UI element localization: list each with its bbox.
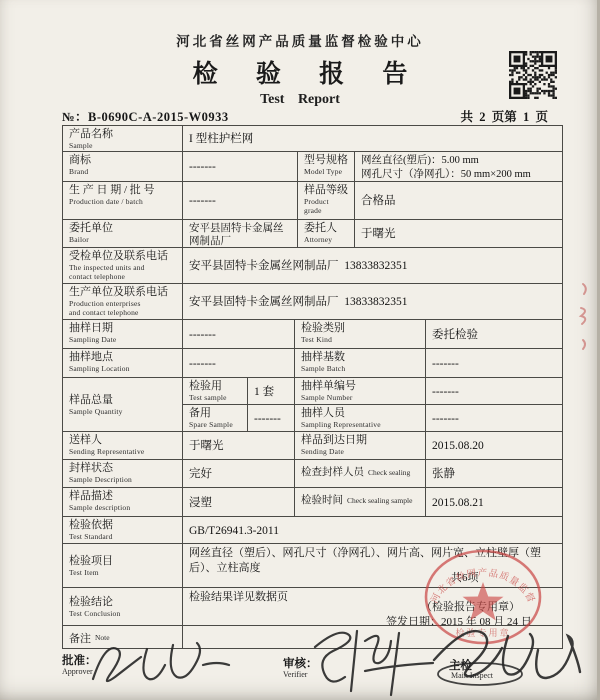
field-checkperson-label: 检查封样人员 Check sealing sample personnel bbox=[295, 460, 426, 487]
field-grade-label-cn: 样品等级 bbox=[304, 184, 349, 197]
page-indicator: 共 2 页第 1 页 bbox=[460, 107, 548, 125]
field-grade-label-en2: grade bbox=[304, 206, 349, 215]
field-proddate-label: 生 产 日 期 / 批 号 Production date / batch bbox=[63, 182, 183, 219]
field-sampdesc-value: 浸塑 bbox=[183, 488, 295, 516]
field-sampdate-label-en: Sampling Date bbox=[69, 335, 177, 344]
field-sampnum-label-en: Sample Number bbox=[301, 393, 420, 402]
field-brand-label: 商标 Brand bbox=[63, 152, 183, 181]
field-sampbatch-value: ------- bbox=[426, 349, 562, 377]
field-producer-label: 生产单位及联系电话 Production enterprises and con… bbox=[63, 284, 183, 319]
report-number: №：B-0690C-A-2015-W0933 bbox=[62, 107, 229, 125]
field-attorney-value: 于曙光 bbox=[355, 220, 562, 247]
field-conclusion-label: 检验结论 Test Conclusion bbox=[63, 588, 183, 625]
field-sampdesc-label-cn: 样品描述 bbox=[69, 490, 177, 503]
field-bailor-value: 安平县固特卡金属丝网制品厂 bbox=[183, 220, 298, 247]
field-sealstate-label: 封样状态 Sample Description bbox=[63, 460, 183, 487]
row-sender-arrival: 送样人 Sending Representative 于曙光 样品到达日期 Se… bbox=[63, 432, 562, 460]
field-sender-label-en: Sending Representative bbox=[69, 447, 177, 456]
field-sender-value: 于曙光 bbox=[183, 432, 295, 459]
field-model-value: 网丝直径(塑后)：5.00 mm 网孔尺寸（净网孔）：50 mm×200 mm bbox=[355, 152, 562, 181]
field-arrival-label-en: Sending Date bbox=[301, 447, 420, 456]
field-note-label: 备注 Note bbox=[63, 626, 183, 648]
field-samploc-value: ------- bbox=[183, 349, 295, 377]
field-sealstate-value: 完好 bbox=[183, 460, 295, 487]
field-sealstate-label-en: Sample Description bbox=[69, 475, 177, 484]
verifier-label-cn: 审核： bbox=[283, 655, 318, 671]
field-producer-value: 安平县固特卡金属丝网制品厂 13833832351 bbox=[183, 284, 562, 319]
field-producer-label-en: Production enterprises bbox=[69, 299, 177, 308]
field-testsample-label-en: Test sample bbox=[189, 393, 242, 402]
field-testtime-value: 2015.08.21 bbox=[426, 488, 562, 516]
field-note-label-cn: 备注 bbox=[69, 630, 91, 646]
field-samprep-label-cn: 抽样人员 bbox=[301, 407, 420, 420]
field-testtime-label: 检验时间 Check sealing sample time bbox=[295, 488, 426, 516]
field-testitem-label-en: Test Item bbox=[69, 568, 177, 577]
field-sealstate-label-cn: 封样状态 bbox=[69, 462, 177, 475]
row-producer: 生产单位及联系电话 Production enterprises and con… bbox=[63, 284, 562, 320]
field-testsample-value: 1 套 bbox=[248, 378, 295, 404]
field-model-label: 型号规格 Model Type bbox=[298, 152, 355, 181]
field-sampdesc-label-en: Sample description bbox=[69, 503, 177, 512]
field-brand-label-en: Brand bbox=[69, 167, 177, 176]
field-testkind-label: 检验类别 Test Kind bbox=[295, 320, 426, 348]
field-sample-label-en: Sample bbox=[69, 141, 177, 150]
field-sampnum-label: 抽样单编号 Sample Number bbox=[295, 378, 426, 404]
field-model-label-cn: 型号规格 bbox=[304, 154, 349, 167]
field-samploc-label: 抽样地点 Sampling Location bbox=[63, 349, 183, 377]
field-brand-label-cn: 商标 bbox=[69, 154, 177, 167]
field-sparesample-value: ------- bbox=[248, 405, 295, 431]
row-sampdate-kind: 抽样日期 Sampling Date ------- 检验类别 Test Kin… bbox=[63, 320, 562, 349]
field-note-label-en: Note bbox=[95, 633, 110, 642]
field-inspected-label: 受检单位及联系电话 The inspected units and contac… bbox=[63, 248, 183, 283]
row-inspected: 受检单位及联系电话 The inspected units and contac… bbox=[63, 248, 562, 284]
field-testsample-label: 检验用 Test sample bbox=[183, 378, 248, 404]
field-testkind-value: 委托检验 bbox=[426, 320, 562, 348]
field-quantity-label-en: Sample Quantity bbox=[69, 407, 177, 416]
field-sample-label: 产品名称 Sample bbox=[63, 126, 183, 151]
field-producer-label-cn: 生产单位及联系电话 bbox=[69, 286, 177, 299]
field-sparesample-label: 备用 Spare Sample bbox=[183, 405, 248, 431]
row-proddate-grade: 生 产 日 期 / 批 号 Production date / batch --… bbox=[63, 182, 562, 220]
subrow-sparesample: 备用 Spare Sample ------- 抽样人员 Sampling Re… bbox=[183, 405, 562, 431]
field-samprep-label: 抽样人员 Sampling Representative bbox=[295, 405, 426, 431]
field-quantity-label-cn: 样品总量 bbox=[69, 394, 177, 407]
field-sampnum-label-cn: 抽样单编号 bbox=[301, 380, 420, 393]
row-bailor-attorney: 委托单位 Bailor 安平县固特卡金属丝网制品厂 委托人 Attorney 于… bbox=[63, 220, 562, 248]
field-grade-label-en: Product bbox=[304, 197, 349, 206]
field-proddate-label-en: Production date / batch bbox=[69, 197, 177, 206]
field-sampbatch-label-cn: 抽样基数 bbox=[301, 351, 420, 364]
field-samploc-label-en: Sampling Location bbox=[69, 364, 177, 373]
field-sender-label-cn: 送样人 bbox=[69, 434, 177, 447]
row-brand-model: 商标 Brand ------- 型号规格 Model Type 网丝直径(塑后… bbox=[63, 152, 562, 182]
field-testkind-label-en: Test Kind bbox=[301, 335, 420, 344]
row-sampdesc-testtime: 样品描述 Sample description 浸塑 检验时间 Check se… bbox=[63, 488, 562, 517]
field-conclusion-label-en: Test Conclusion bbox=[69, 609, 177, 618]
field-standard-value: GB/T26941.3-2011 bbox=[183, 517, 562, 543]
approver-label-cn: 批准： bbox=[62, 652, 97, 668]
field-checkperson-value: 张静 bbox=[426, 460, 562, 487]
row-sealstate-checkperson: 封样状态 Sample Description 完好 检查封样人员 Check … bbox=[63, 460, 562, 488]
field-inspected-label-cn: 受检单位及联系电话 bbox=[69, 250, 177, 263]
field-grade-label: 样品等级 Product grade bbox=[298, 182, 355, 219]
field-arrival-label: 样品到达日期 Sending Date bbox=[295, 432, 426, 459]
main-inspector-label-en: Main Inspect bbox=[451, 671, 493, 680]
field-attorney-label-cn: 委托人 bbox=[304, 222, 349, 235]
row-samploc-batch: 抽样地点 Sampling Location ------- 抽样基数 Samp… bbox=[63, 349, 562, 378]
field-samploc-label-cn: 抽样地点 bbox=[69, 351, 177, 364]
field-conclusion-label-cn: 检验结论 bbox=[69, 596, 177, 609]
subrow-testsample: 检验用 Test sample 1 套 抽样单编号 Sample Number … bbox=[183, 378, 562, 405]
model-spec-line1: 网丝直径(塑后)：5.00 mm bbox=[361, 154, 557, 168]
row-standard: 检验依据 Test Standard GB/T26941.3-2011 bbox=[63, 517, 562, 544]
field-sampdate-value: ------- bbox=[183, 320, 295, 348]
seal-star-icon bbox=[463, 582, 504, 621]
quantity-subtable: 检验用 Test sample 1 套 抽样单编号 Sample Number … bbox=[183, 378, 562, 431]
field-sampbatch-label: 抽样基数 Sample Batch bbox=[295, 349, 426, 377]
field-sampdate-label-cn: 抽样日期 bbox=[69, 322, 177, 335]
field-samprep-label-en: Sampling Representative bbox=[301, 420, 420, 429]
margin-stamp-marks bbox=[577, 280, 593, 375]
field-testitem-label: 检验项目 Test Item bbox=[63, 544, 183, 587]
field-bailor-label-cn: 委托单位 bbox=[69, 222, 177, 235]
field-standard-label-cn: 检验依据 bbox=[69, 519, 177, 532]
field-inspected-value: 安平县固特卡金属丝网制品厂 13833832351 bbox=[183, 248, 562, 283]
field-inspected-label-en: The inspected units and bbox=[69, 263, 177, 272]
field-grade-value: 合格品 bbox=[355, 182, 562, 219]
field-testsample-label-cn: 检验用 bbox=[189, 380, 242, 393]
field-model-label-en: Model Type bbox=[304, 167, 349, 176]
report-page: 河北省丝网产品质量监督检验中心 检 验 报 告 Test Report №：B-… bbox=[0, 0, 600, 700]
field-sparesample-label-en: Spare Sample bbox=[189, 420, 242, 429]
field-arrival-value: 2015.08.20 bbox=[426, 432, 562, 459]
field-sparesample-label-cn: 备用 bbox=[189, 407, 242, 420]
seal-bottom-text: 检验专用章 bbox=[455, 627, 510, 638]
field-sampdate-label: 抽样日期 Sampling Date bbox=[63, 320, 183, 348]
field-attorney-label: 委托人 Attorney bbox=[298, 220, 355, 247]
field-brand-value: ------- bbox=[183, 152, 298, 181]
field-bailor-label: 委托单位 Bailor bbox=[63, 220, 183, 247]
model-spec-line2: 网孔尺寸（净网孔）：50 mm×200 mm bbox=[361, 168, 557, 181]
field-testitem-label-cn: 检验项目 bbox=[69, 555, 177, 568]
field-samprep-value: ------- bbox=[426, 405, 562, 431]
field-checkperson-label-cn: 检查封样人员 bbox=[301, 467, 364, 478]
row-quantity: 样品总量 Sample Quantity 检验用 Test sample 1 套… bbox=[63, 378, 562, 432]
field-proddate-value: ------- bbox=[183, 182, 298, 219]
field-sampnum-value: ------- bbox=[426, 378, 562, 404]
qr-code-icon bbox=[509, 51, 557, 99]
approver-label-en: Approver bbox=[62, 667, 93, 676]
field-attorney-label-en: Attorney bbox=[304, 235, 349, 244]
field-testtime-label-cn: 检验时间 bbox=[301, 495, 343, 506]
field-testkind-label-cn: 检验类别 bbox=[301, 322, 420, 335]
field-quantity-label: 样品总量 Sample Quantity bbox=[63, 378, 183, 431]
row-sample: 产品名称 Sample I 型柱护栏网 bbox=[63, 126, 562, 152]
field-bailor-label-en: Bailor bbox=[69, 235, 177, 244]
field-sample-value: I 型柱护栏网 bbox=[183, 126, 562, 151]
field-sampbatch-label-en: Sample Batch bbox=[301, 364, 420, 373]
field-proddate-label-cn: 生 产 日 期 / 批 号 bbox=[69, 184, 177, 197]
verifier-label-en: Verifier bbox=[283, 670, 307, 679]
field-sample-label-cn: 产品名称 bbox=[69, 128, 177, 141]
org-name: 河北省丝网产品质量监督检验中心 bbox=[0, 30, 600, 50]
field-inspected-label-en2: contact telephone bbox=[69, 272, 177, 281]
field-standard-label-en: Test Standard bbox=[69, 532, 177, 541]
field-sender-label: 送样人 Sending Representative bbox=[63, 432, 183, 459]
field-sampdesc-label: 样品描述 Sample description bbox=[63, 488, 183, 516]
field-arrival-label-cn: 样品到达日期 bbox=[301, 434, 420, 447]
field-standard-label: 检验依据 Test Standard bbox=[63, 517, 183, 543]
official-seal: 河北省丝网产品质量监督检验中心 检验专用章 bbox=[422, 548, 546, 648]
field-producer-label-en2: and contact telephone bbox=[69, 308, 177, 317]
